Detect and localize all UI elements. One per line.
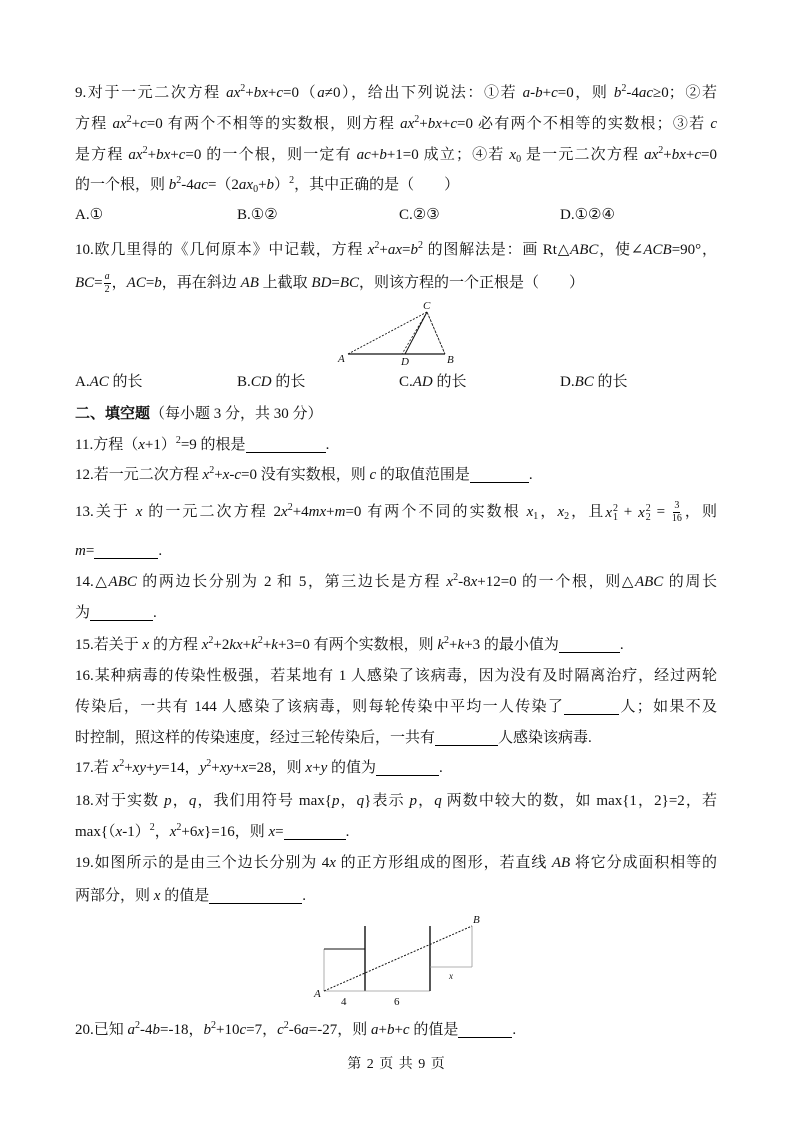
text-run: =0，则 (558, 85, 614, 101)
question-9-line-1: 9.对于一元二次方程 ax2+bx+c=0（a≠0），给出下列说法：①若 a-b… (75, 82, 717, 104)
text-run: 的值是 (410, 1022, 459, 1038)
math-variable: b (267, 177, 275, 193)
text-run: =0 (701, 147, 717, 163)
text-run: -6 (289, 1022, 302, 1038)
label-d: D (400, 356, 409, 368)
answer-blank (564, 699, 619, 715)
math-variable: b (153, 1022, 161, 1038)
triangle-abc-figure: A D B C (330, 295, 470, 370)
text-run: =0 必有两个不相等的实数根；③若 (457, 116, 710, 132)
text-run: ，我们用符号 max{ (196, 793, 332, 809)
text-run: -8 (458, 574, 471, 590)
text-run: ，使∠ (598, 242, 643, 258)
text-run: 的图解法是：画 Rt△ (423, 242, 570, 258)
text-run: =14， (161, 760, 199, 776)
answer-blank (246, 437, 326, 453)
text-run: . (439, 760, 443, 776)
math-variable: c (277, 1022, 284, 1038)
text-run: + (211, 760, 219, 776)
math-variable: b (411, 242, 419, 258)
text-run: . (346, 824, 350, 840)
math-variable: CD (251, 374, 272, 390)
fraction-numerator: 3 (673, 501, 680, 513)
side-label-4: 4 (341, 996, 347, 1008)
math-variable: x (138, 437, 145, 453)
question-9-option-d: D.①②④ (560, 204, 615, 226)
segment-cb (427, 312, 445, 354)
text-run: ≠0），给出下列说法：①若 (325, 85, 523, 101)
text-run: 传染后，一共有 144 人感染了该病毒，则每轮传染中平均一人传染了 (75, 699, 564, 715)
text-run: 10.欧几里得的《几何原本》中记载，方程 (75, 242, 368, 258)
text-run: 的一个根，则 (75, 177, 169, 193)
text-run: + (124, 760, 132, 776)
text-run: 的长 (109, 374, 143, 390)
math-variable: ABC (635, 574, 663, 590)
text-run: = (86, 543, 94, 559)
text-run: }表示 (364, 793, 409, 809)
text-run: + (214, 467, 222, 483)
text-run: + (263, 637, 271, 653)
question-10-line-1: 10.欧几里得的《几何原本》中记载，方程 x2+ax=b2 的图解法是：画 Rt… (75, 239, 717, 261)
math-variable: BC (575, 374, 594, 390)
text-run: 19.如图所示的是由三个边长分别为 4 (75, 855, 329, 871)
text-run: max{（ (75, 824, 116, 840)
math-variable: b (154, 275, 162, 291)
text-run: -4 (140, 1022, 153, 1038)
math-variable: AC (127, 275, 146, 291)
variable: x (605, 502, 612, 524)
segment-ac (348, 312, 427, 354)
text-run: B.①② (237, 207, 278, 223)
math-variable: ABC (570, 242, 598, 258)
fraction-denominator: 2 (105, 284, 110, 295)
question-13-line-2: m=. (75, 540, 162, 562)
text-run: +12=0 的一个根，则△ (477, 574, 635, 590)
math-variable: k (271, 637, 278, 653)
text-run: ， (155, 824, 170, 840)
math-variable: BC (75, 275, 94, 291)
question-9-line-2: 方程 ax2+c=0 有两个不相等的实数根，则方程 ax2+bx+c=0 必有两… (75, 113, 717, 135)
text-run: 的周长 (663, 574, 717, 590)
math-variable: ABC (109, 574, 137, 590)
label-b: B (447, 354, 454, 366)
math-variable: b (379, 147, 387, 163)
text-run: +1） (145, 437, 176, 453)
text-run: = (94, 275, 102, 291)
math-variable: bx (254, 85, 268, 101)
text-run: 的方程 (149, 637, 202, 653)
math-variable: ax (644, 147, 658, 163)
text-run: C. (399, 374, 413, 390)
text-run: 人感染该病毒. (498, 730, 592, 746)
three-squares-figure: A B 4 6 x (305, 905, 495, 1010)
math-variable: p (410, 793, 418, 809)
label-a: A (313, 988, 321, 1000)
question-16-line-2: 传染后，一共有 144 人感染了该病毒，则每轮传染中平均一人传染了人；如果不及 (75, 696, 717, 718)
text-run: 20.已知 (75, 1022, 128, 1038)
text-run: + (419, 116, 427, 132)
text-run: + (449, 637, 457, 653)
text-run: 的值为 (327, 760, 376, 776)
answer-blank (209, 888, 302, 904)
answer-blank (90, 605, 153, 621)
math-variable: b (535, 85, 543, 101)
math-variable: ac (194, 177, 208, 193)
subscripted-variable: x22 (638, 502, 651, 524)
math-variable: kx (229, 637, 242, 653)
math-variable: a (301, 1022, 309, 1038)
text-run: 时控制，照这样的传染速度，经过三轮传染后，一共有 (75, 730, 435, 746)
math-variable: mx (309, 504, 327, 520)
text-run: + (233, 760, 241, 776)
text-run: 的长 (433, 374, 467, 390)
text-run: 的长 (594, 374, 628, 390)
math-variable: x (281, 504, 288, 520)
math-variable: BD (311, 275, 331, 291)
text-run: =9 的根是 (181, 437, 246, 453)
math-variable: AC (90, 374, 109, 390)
math-variable: m (75, 543, 86, 559)
text-run: B. (237, 374, 251, 390)
text-run: 将它分成面积相等的 (570, 855, 717, 871)
question-10-options: A.AC 的长 B.CD 的长 C.AD 的长 D.BC 的长 (75, 371, 717, 393)
text-run: =0 有两个不同的实数根 (345, 504, 526, 520)
text-run: + (312, 760, 320, 776)
answer-blank (284, 824, 346, 840)
question-18-line-1: 18.对于实数 p，q，我们用符号 max{p，q}表示 p，q 两数中较大的数… (75, 790, 717, 812)
answer-blank (559, 637, 620, 653)
text-run: （每小题 3 分，共 30 分） (150, 406, 323, 422)
text-run: 两数中较大的数，如 max{1，2}=2，若 (442, 793, 717, 809)
question-10-option-a: A.AC 的长 (75, 371, 143, 393)
fraction-denominator: 16 (672, 513, 682, 524)
label-a: A (337, 353, 345, 365)
text-run: ） (274, 177, 289, 193)
text-run: = (331, 275, 339, 291)
answer-blank (94, 543, 158, 559)
variable: x (638, 502, 645, 524)
math-variable: xy (133, 760, 146, 776)
text-run: +1=0 成立；④若 (387, 147, 510, 163)
text-run: +4 (293, 504, 309, 520)
text-run: + (394, 1022, 402, 1038)
text-run: = (651, 504, 671, 520)
text-run: + (663, 147, 671, 163)
text-run: 为 (75, 605, 90, 621)
text-run: = (275, 824, 283, 840)
text-run: +10 (216, 1022, 239, 1038)
line-ab (324, 926, 472, 991)
question-16-line-3: 时控制，照这样的传染速度，经过三轮传染后，一共有人感染该病毒. (75, 727, 592, 749)
question-9-line-3: 是方程 ax2+bx+c=0 的一个根，则一定有 ac+b+1=0 成立；④若 … (75, 144, 717, 166)
text-run: ，其中正确的是（ ） (294, 177, 459, 193)
text-run: . (302, 888, 306, 904)
text-run: ，则该方程的一个正根是（ ） (359, 275, 584, 291)
text-run: 17.若 (75, 760, 113, 776)
text-run: + (245, 85, 253, 101)
text-run: +6 (181, 824, 197, 840)
text-run: ，则 (683, 504, 717, 520)
text-run: + (148, 147, 156, 163)
text-run: = (402, 242, 410, 258)
label-c: C (423, 300, 431, 312)
exam-page: 9.对于一元二次方程 ax2+bx+c=0（a≠0），给出下列说法：①若 a-b… (0, 0, 793, 1122)
question-17: 17.若 x2+xy+y=14，y2+xy+x=28，则 x+y 的值为. (75, 757, 443, 779)
text-run: . (326, 437, 330, 453)
question-16-line-1: 16.某种病毒的传染性极强，若某地有 1 人感染了该病毒，因为没有及时隔离治疗，… (75, 665, 717, 687)
text-run: A.① (75, 207, 103, 223)
text-run: 12.若一元二次方程 (75, 467, 203, 483)
text-run: . (620, 637, 624, 653)
math-variable: bx (428, 116, 442, 132)
question-14-line-2: 为. (75, 602, 157, 624)
bold-text: 二、填空题 (75, 404, 150, 422)
math-variable: AB (552, 855, 570, 871)
text-run: . (512, 1022, 516, 1038)
math-variable: ACB (643, 242, 671, 258)
question-20: 20.已知 a2-4b=-18，b2+10c=7，c2-6a=-27，则 a+b… (75, 1019, 516, 1041)
math-variable: p (164, 793, 172, 809)
text-run: + (379, 242, 387, 258)
text-run: =28，则 (248, 760, 305, 776)
text-run: 的正方形组成的图形，若直线 (336, 855, 552, 871)
math-variable: b (203, 1022, 211, 1038)
math-variable: bx (672, 147, 686, 163)
text-run: -4 (181, 177, 194, 193)
text-run: 的值是 (160, 888, 209, 904)
question-12: 12.若一元二次方程 x2+x-c=0 没有实数根，则 c 的取值范围是. (75, 464, 533, 486)
question-9-option-a: A.① (75, 204, 103, 226)
text-run: + (170, 147, 178, 163)
math-variable: k (251, 637, 258, 653)
text-run: =0（ (283, 85, 317, 101)
text-run: }=16，则 (204, 824, 268, 840)
text-run: 上截取 (259, 275, 312, 291)
math-variable: c (403, 1022, 410, 1038)
text-run: =0 的一个根，则一定有 (185, 147, 356, 163)
side-label-x: x (448, 971, 453, 981)
text-run: 14.△ (75, 574, 109, 590)
math-variable: a (128, 1022, 136, 1038)
text-run: C.②③ (399, 207, 440, 223)
text-run: + (618, 504, 638, 520)
math-variable: q (434, 793, 442, 809)
math-variable: bx (156, 147, 170, 163)
answer-blank (458, 1022, 512, 1038)
text-run: ≥0；②若 (653, 85, 717, 101)
text-run: 是一元二次方程 (521, 147, 644, 163)
text-run: =0 有两个不相等的实数根，则方程 (147, 116, 400, 132)
math-variable: AB (241, 275, 259, 291)
text-run: ， (172, 793, 189, 809)
text-run: . (158, 543, 162, 559)
math-variable: ax (239, 177, 253, 193)
question-15: 15.若关于 x 的方程 x2+2kx+k2+k+3=0 有两个实数根，则 k2… (75, 634, 624, 656)
math-variable: ac (639, 85, 653, 101)
label-b: B (473, 914, 480, 926)
answer-blank (376, 760, 439, 776)
math-variable: ax (112, 116, 126, 132)
text-run: 18.对于实数 (75, 793, 164, 809)
fraction: a2 (104, 272, 111, 295)
math-variable: BC (340, 275, 359, 291)
text-run: =7， (246, 1022, 277, 1038)
math-variable: a (523, 85, 531, 101)
math-variable: a (317, 85, 325, 101)
text-run: +3 的最小值为 (464, 637, 559, 653)
math-variable: c (234, 467, 241, 483)
question-11: 11.方程（x+1）2=9 的根是. (75, 434, 329, 456)
math-variable: xy (220, 760, 233, 776)
text-run: 的一元二次方程 2 (142, 504, 281, 520)
text-run: 的两边长分别为 2 和 5，第三边长是方程 (137, 574, 447, 590)
text-run: + (543, 85, 551, 101)
text-run: 两部分，则 (75, 888, 154, 904)
text-run: 的取值范围是 (376, 467, 470, 483)
text-run: . (529, 467, 533, 483)
text-run: . (153, 605, 157, 621)
text-run: + (378, 1022, 386, 1038)
side-label-6: 6 (394, 996, 400, 1008)
text-run: 是方程 (75, 147, 128, 163)
question-10-option-c: C.AD 的长 (399, 371, 467, 393)
text-run: 11.方程（ (75, 437, 138, 453)
text-run: D. (560, 374, 575, 390)
math-variable: c (551, 85, 558, 101)
math-variable: ax (388, 242, 402, 258)
answer-blank (435, 730, 498, 746)
text-run: 人；如果不及 (619, 699, 717, 715)
math-variable: c (710, 116, 717, 132)
text-run: 16.某种病毒的传染性极强，若某地有 1 人感染了该病毒，因为没有及时隔离治疗，… (75, 668, 717, 684)
text-run: ， (339, 793, 356, 809)
text-run: ， (417, 793, 434, 809)
text-run: +3=0 有两个实数根，则 (278, 637, 437, 653)
text-run: 方程 (75, 116, 112, 132)
fraction: 316 (672, 501, 682, 524)
math-variable: ax (400, 116, 414, 132)
question-10-line-2: BC=a2，AC=b，再在斜边 AB 上截取 BD=BC，则该方程的一个正根是（… (75, 272, 584, 294)
question-18-line-2: max{（x-1）2，x2+6x}=16，则 x=. (75, 821, 349, 843)
math-variable: ax (128, 147, 142, 163)
question-9-line-4: 的一个根，则 b2-4ac=（2ax0+b）2，其中正确的是（ ） (75, 174, 459, 196)
question-14-line-1: 14.△ABC 的两边长分别为 2 和 5，第三边长是方程 x2-8x+12=0… (75, 571, 717, 593)
question-9-option-c: C.②③ (399, 204, 440, 226)
question-13-line-1: 13.关于 x 的一元二次方程 2x2+4mx+m=0 有两个不同的实数根 x1… (75, 501, 717, 523)
question-19-line-1: 19.如图所示的是由三个边长分别为 4x 的正方形组成的图形，若直线 AB 将它… (75, 852, 717, 874)
page-footer: 第 2 页 共 9 页 (0, 1054, 793, 1076)
math-variable: c (140, 116, 147, 132)
text-run: + (243, 637, 251, 653)
question-9-options: A.① B.①② C.②③ D.①②④ (75, 204, 717, 226)
text-run: A. (75, 374, 90, 390)
math-variable: ac (357, 147, 371, 163)
question-10-option-b: B.CD 的长 (237, 371, 305, 393)
math-variable: m (335, 504, 346, 520)
text-run: 13.关于 (75, 504, 136, 520)
segment-cd (405, 312, 427, 354)
math-variable: ax (226, 85, 240, 101)
text-run: + (258, 177, 266, 193)
text-run: 15.若关于 (75, 637, 143, 653)
math-variable: x (329, 855, 336, 871)
text-run: ，且 (569, 504, 605, 520)
text-run: ，再在斜边 (162, 275, 241, 291)
text-run: 的长 (272, 374, 306, 390)
answer-blank (470, 467, 529, 483)
text-run: =-18， (160, 1022, 203, 1038)
text-run: -1） (122, 824, 150, 840)
subscripted-variable: x21 (605, 502, 618, 524)
text-run: 9.对于一元二次方程 (75, 85, 226, 101)
question-9-option-b: B.①② (237, 204, 278, 226)
text-run: ， (538, 504, 557, 520)
text-run: ， (112, 275, 127, 291)
text-run: -4 (626, 85, 639, 101)
section-header-fill-in-blanks: 二、填空题（每小题 3 分，共 30 分） (75, 402, 323, 424)
text-run: +2 (213, 637, 229, 653)
text-run: + (132, 116, 140, 132)
text-run: =90°， (672, 242, 717, 258)
question-19-line-2: 两部分，则 x 的值是. (75, 885, 306, 907)
text-run: + (326, 504, 334, 520)
text-run: =（2 (208, 177, 239, 193)
question-10-option-d: D.BC 的长 (560, 371, 628, 393)
math-variable: AD (413, 374, 433, 390)
text-run: D.①②④ (560, 207, 615, 223)
text-run: =-27，则 (309, 1022, 371, 1038)
text-run: =0 没有实数根，则 (241, 467, 369, 483)
fraction-numerator: a (104, 272, 111, 284)
